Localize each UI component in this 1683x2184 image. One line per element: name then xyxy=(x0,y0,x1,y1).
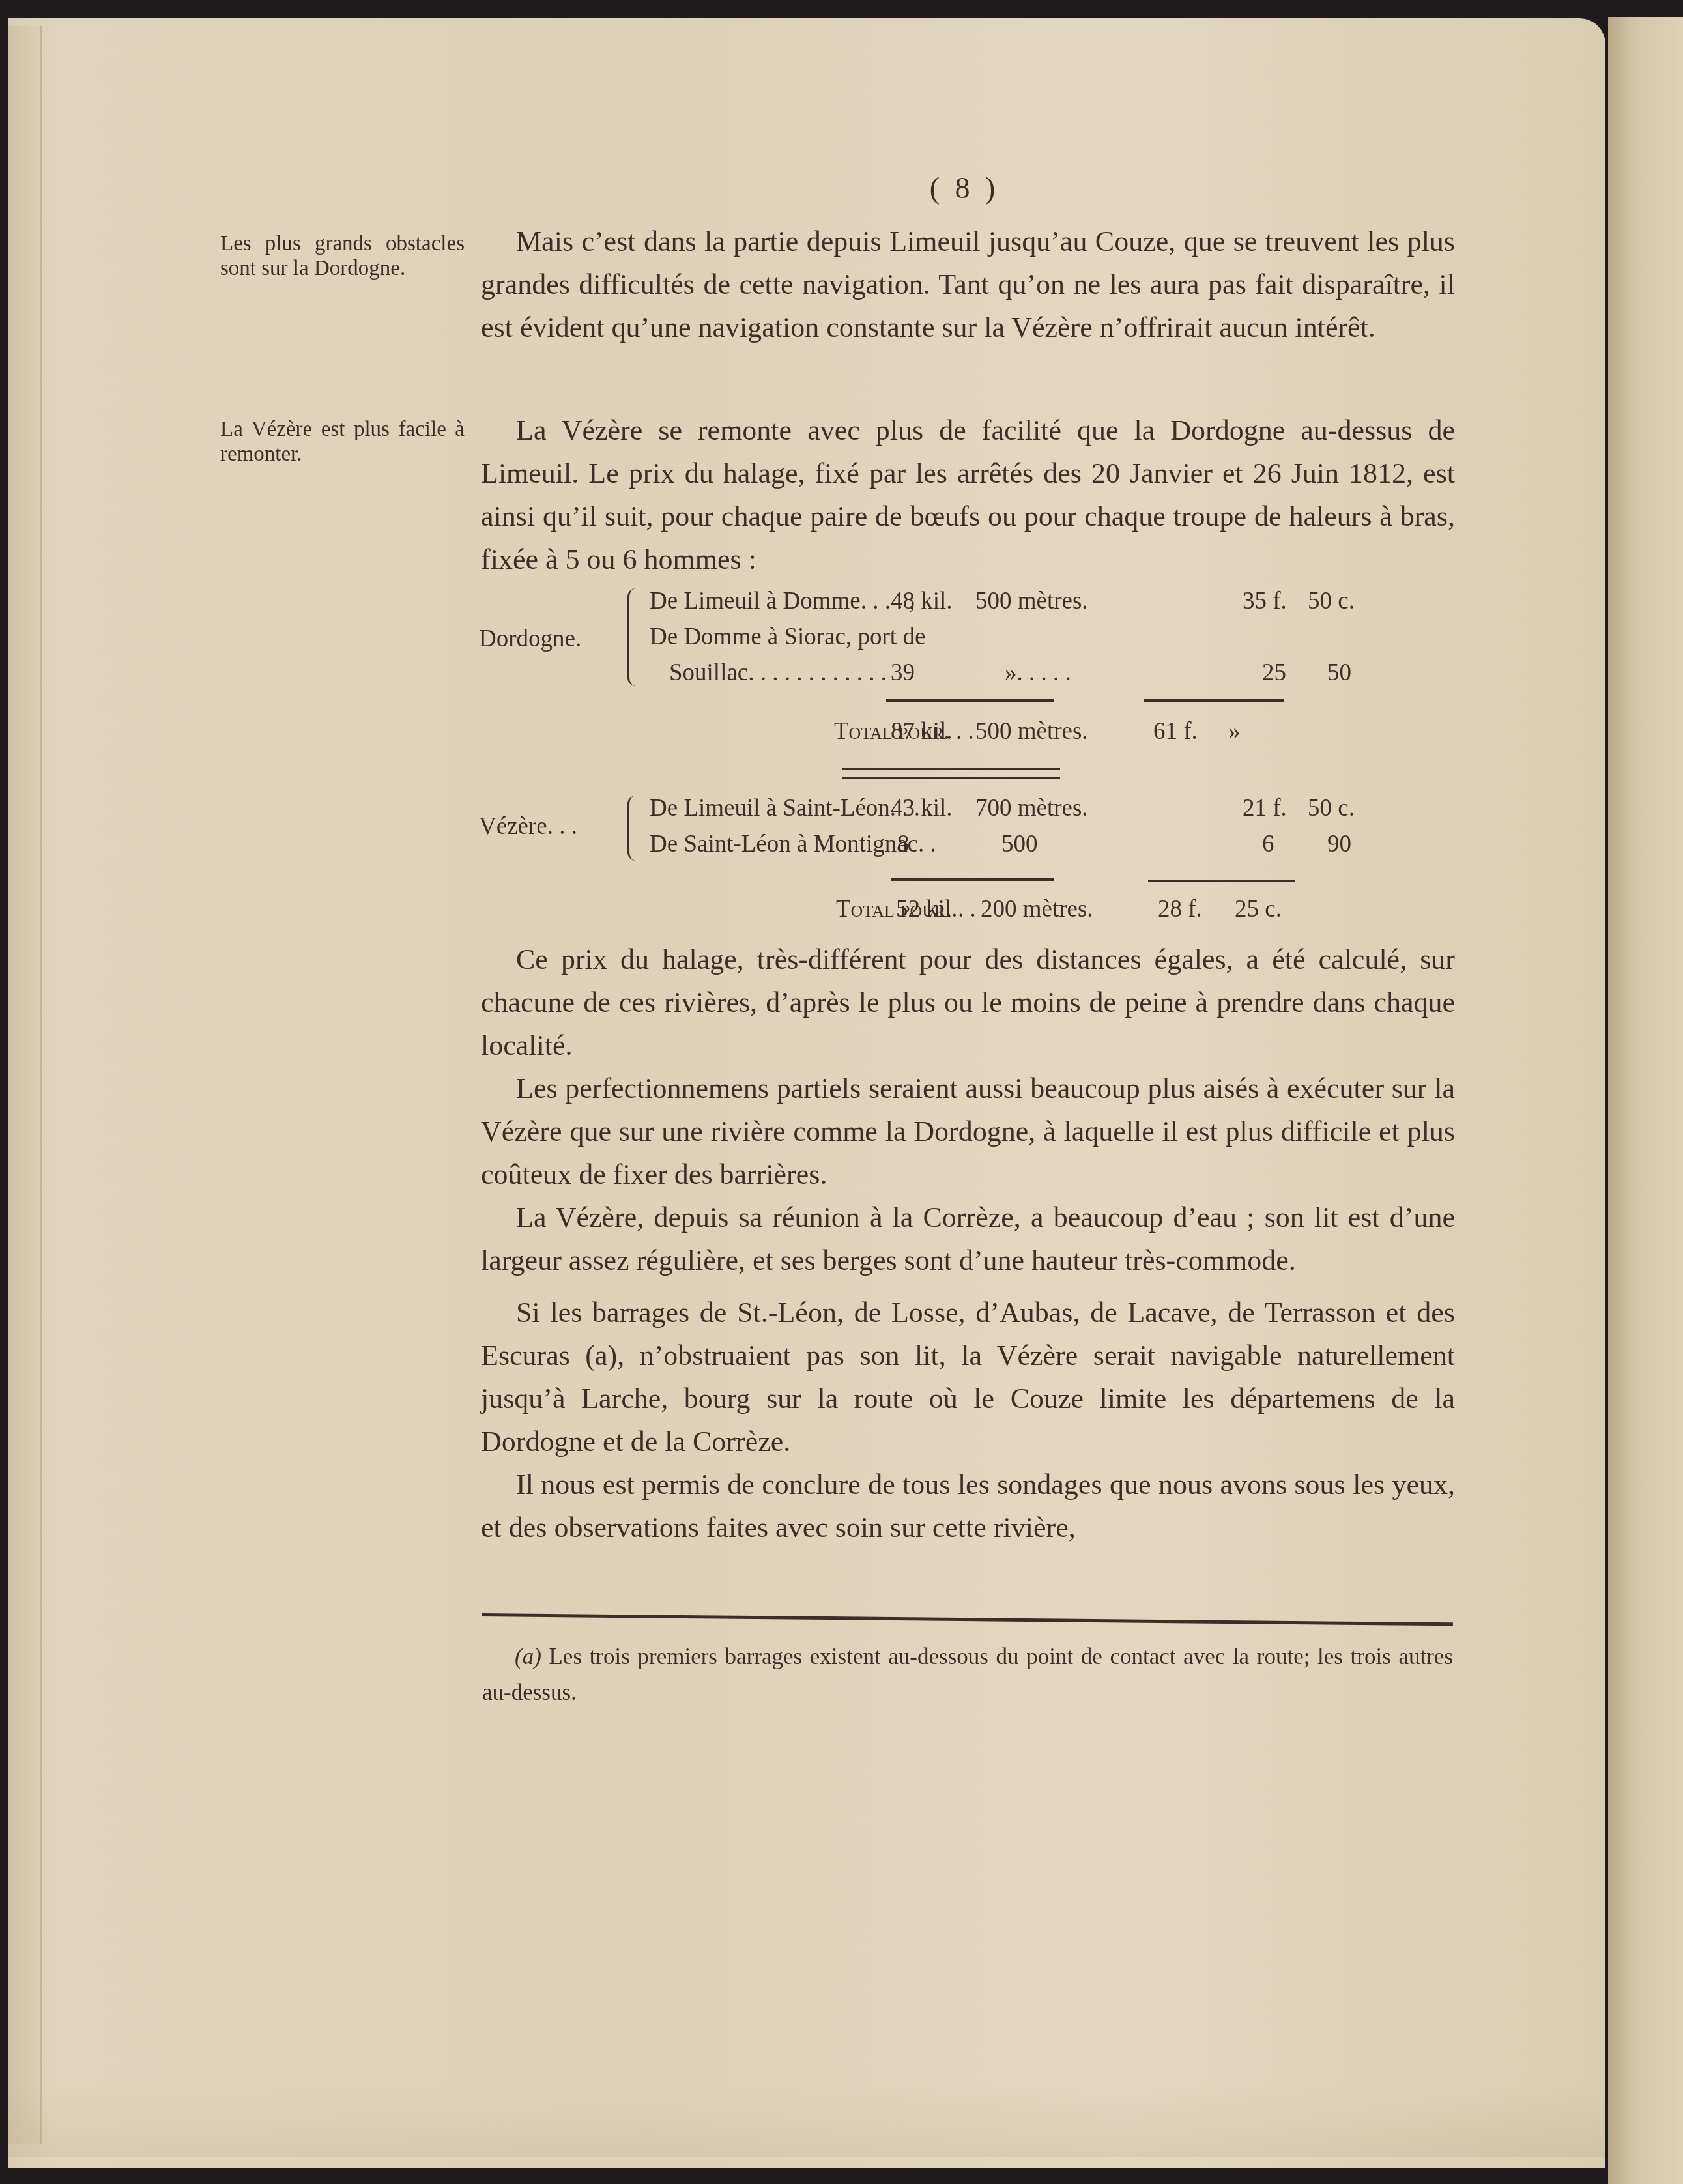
total-francs: 28 f. xyxy=(1158,891,1202,927)
body-text-block-2: La Vézère se remonte avec plus de facili… xyxy=(481,409,1455,581)
sum-rule xyxy=(1144,699,1284,702)
body-text-block-3: Ce prix du halage, très-différent pour d… xyxy=(481,938,1455,1549)
margin-note-obstacles: Les plus grands obstacles sont sur la Do… xyxy=(220,231,465,281)
table-row: De Limeuil à Saint-Léon. . . . 43 kil. 7… xyxy=(650,790,1458,826)
price-francs: 21 f. xyxy=(1243,790,1287,826)
footnote: (a) Les trois premiers barrages existent… xyxy=(482,1639,1453,1710)
distance-m: 500 xyxy=(1001,826,1038,862)
route: Souillac. . . . . . . . . . . . xyxy=(669,655,887,691)
table-dordogne: Dordogne. De Limeuil à Domme. . . . , 48… xyxy=(479,583,1456,759)
table-row: De Limeuil à Domme. . . . , 48 kil. 500 … xyxy=(650,583,1458,619)
distance-km: 43 kil. xyxy=(891,790,949,826)
margin-note-vezere-easier: La Vézère est plus facile à remonter. xyxy=(220,417,465,467)
route: De Limeuil à Saint-Léon. . . . xyxy=(650,790,932,826)
sum-rule xyxy=(891,878,1054,881)
route: De Domme à Siorac, port de xyxy=(650,619,925,655)
page-binding-edge xyxy=(8,26,42,2144)
table-total-row: Total pour. . . 87 kil. 500 mètres. 61 f… xyxy=(479,713,1456,749)
brace-icon xyxy=(627,796,636,861)
table-vezere: Vézère. . . De Limeuil à Saint-Léon. . .… xyxy=(479,790,1456,927)
total-m: 200 mètres. xyxy=(981,891,1093,927)
route: De Limeuil à Domme. . . . , xyxy=(650,583,915,619)
table-row: De Domme à Siorac, port de xyxy=(650,619,1458,655)
paragraph-halage-calculation: Ce prix du halage, très-différent pour d… xyxy=(481,938,1455,1067)
sum-rule xyxy=(1148,880,1295,882)
footnote-marker: (a) xyxy=(515,1644,541,1669)
distance-km: 48 kil. xyxy=(891,583,949,619)
total-centimes: » xyxy=(1228,713,1241,749)
total-m: 500 mètres. xyxy=(975,713,1088,749)
sum-rule xyxy=(886,699,1054,702)
total-km: 87 kil. xyxy=(891,713,953,749)
table-total-row: Total pour. . . 52 kil. 200 mètres. 28 f… xyxy=(479,891,1456,927)
total-francs: 61 f. xyxy=(1153,713,1198,749)
price-francs: 25 xyxy=(1262,655,1286,691)
paragraph-halage-prices: La Vézère se remonte avec plus de facili… xyxy=(481,409,1455,581)
section-double-rule xyxy=(842,768,1060,779)
distance-m: 700 mètres. xyxy=(975,790,1088,826)
paragraph-barrages: Si les barrages de St.-Léon, de Losse, d… xyxy=(481,1291,1455,1463)
paragraph-conclusion: Il nous est permis de conclure de tous l… xyxy=(481,1463,1455,1549)
price-centimes: 50 c. xyxy=(1308,790,1355,826)
total-km: 52 kil. xyxy=(896,891,958,927)
distance-km: 8 xyxy=(897,826,956,862)
page-number: ( 8 ) xyxy=(925,171,1003,205)
paragraph-vezere-water: La Vézère, depuis sa réunion à la Corrèz… xyxy=(481,1196,1455,1282)
total-centimes: 25 c. xyxy=(1235,891,1282,927)
paragraph-improvements: Les perfectionnemens partiels seraient a… xyxy=(481,1067,1455,1196)
footnote-text: Les trois premiers barrages existent au-… xyxy=(482,1644,1453,1705)
price-centimes: 50 xyxy=(1327,655,1351,691)
price-francs: 6 xyxy=(1262,826,1274,862)
brace-icon xyxy=(627,588,636,686)
distance-km: 39 xyxy=(891,655,949,691)
distance-m: 500 mètres. xyxy=(975,583,1088,619)
paragraph-difficulties: Mais c’est dans la partie depuis Limeuil… xyxy=(481,220,1455,349)
paper-shading xyxy=(8,2085,1605,2157)
footnote-paragraph: (a) Les trois premiers barrages existent… xyxy=(482,1639,1453,1710)
price-centimes: 90 xyxy=(1327,826,1351,862)
body-text-block-1: Mais c’est dans la partie depuis Limeuil… xyxy=(481,220,1455,349)
table-row: Souillac. . . . . . . . . . . . 39 ». . … xyxy=(650,655,1458,691)
price-centimes: 50 c. xyxy=(1308,583,1355,619)
table-row: De Saint-Léon à Montignac. . 8 500 6 90 xyxy=(650,826,1458,862)
table-river-label: Dordogne. xyxy=(479,621,581,657)
distance-m: ». . . . . xyxy=(1005,655,1071,691)
route: De Saint-Léon à Montignac. . xyxy=(650,826,936,862)
next-page-edge xyxy=(1608,17,1683,2184)
table-river-label: Vézère. . . xyxy=(479,809,577,844)
price-francs: 35 f. xyxy=(1243,583,1287,619)
